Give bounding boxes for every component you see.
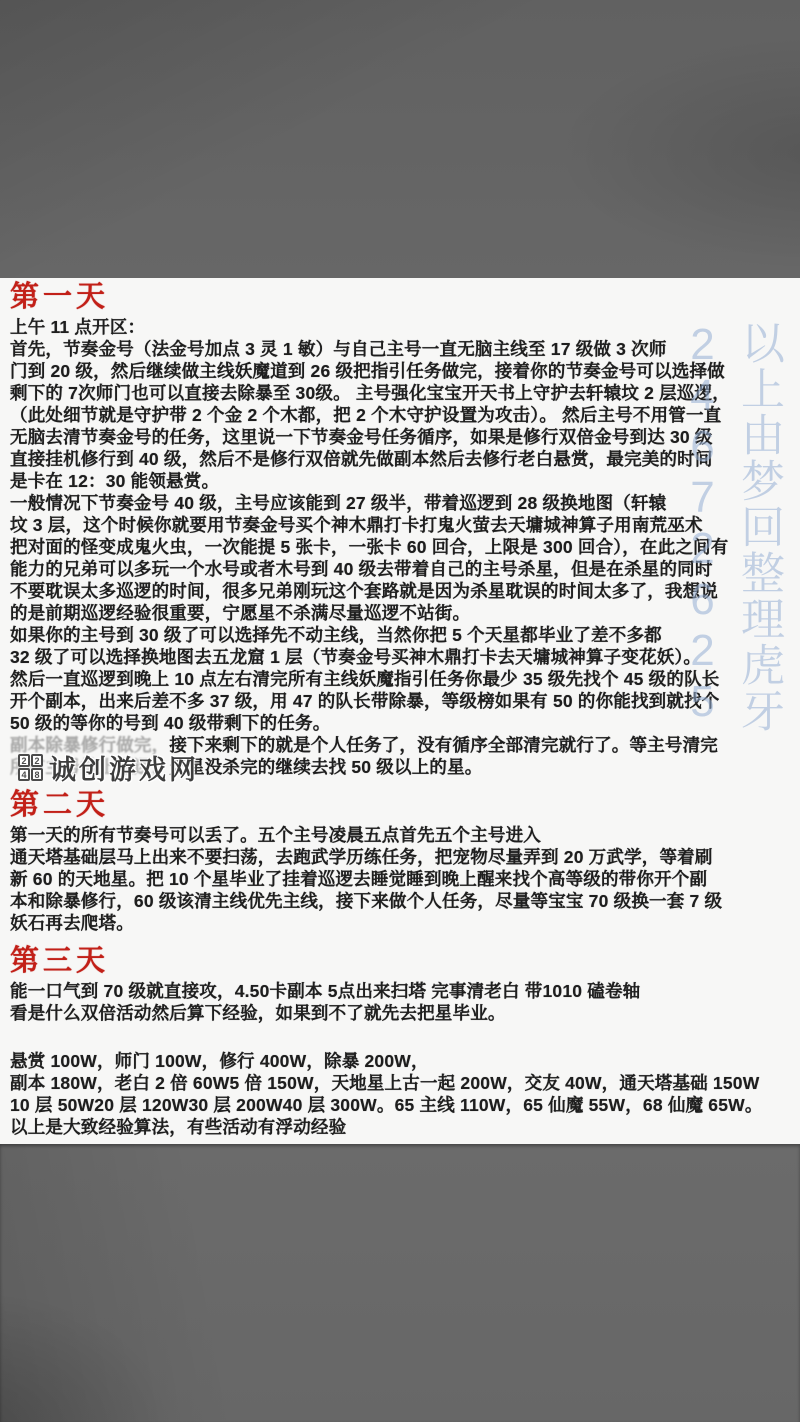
text-line: 看是什么双倍活动然后算下经验，如果到不了就先去把星毕业。 — [10, 1002, 790, 1024]
text-line: 通天塔基础层马上出来不要扫荡，去跑武学历练任务，把宠物尽量弄到 20 万武学，等… — [10, 846, 790, 868]
text-line: 上午 11 点开区： — [10, 316, 790, 338]
text-line: 无脑去清节奏金号的任务，这里说一下节奏金号任务循序，如果是修行双倍金号到达 30… — [10, 426, 790, 448]
section-day3: 第三天 能一口气到 70 级就直接攻，4.50卡副本 5点出来扫塔 完事清老白 … — [10, 944, 790, 1024]
text-line: 直接挂机修行到 40 级，然后不是修行双倍就先做副本然后去修行老白悬赏，最完美的… — [10, 448, 790, 470]
exp-summary-paragraph: 悬赏 100W，师门 100W，修行 400W，除暴 200W，副本 180W，… — [10, 1050, 790, 1138]
text-line: 副本除暴修行做完，接下来剩下的就是个人任务了，没有循序全部清完就行了。等主号清完 — [10, 734, 790, 756]
text-line: 如果你的主号到 30 级了可以选择先不动主线，当然你把 5 个天星都毕业了差不多… — [10, 624, 790, 646]
guide-document: 第一天 上午 11 点开区：首先，节奏金号（法金号加点 3 灵 1 敏）与自己主… — [0, 278, 800, 1144]
text-line: 所有主号挂上巡逻，天星没杀完的继续去找 50 级以上的星。 — [10, 756, 790, 778]
text-line: 坟 3 层，这个时候你就要用节奏金号买个神木鼎打卡打鬼火萤去天墉城神算子用南荒巫… — [10, 514, 790, 536]
text-line: 不要耽误太多巡逻的时间，很多兄弟刚玩这个套路就是因为杀星耽误的时间太多了，我想说 — [10, 580, 790, 602]
day3-heading: 第三天 — [10, 944, 790, 978]
text-line: 新 60 的天地星。把 10 个星毕业了挂着巡逻去睡觉睡到晚上醒来找个高等级的带… — [10, 868, 790, 890]
day3-paragraph: 能一口气到 70 级就直接攻，4.50卡副本 5点出来扫塔 完事清老白 带101… — [10, 980, 790, 1024]
section-day2: 第二天 第一天的所有节奏号可以丢了。五个主号凌晨五点首先五个主号进入通天塔基础层… — [10, 788, 790, 934]
text-line: 是卡在 12：30 能领悬赏。 — [10, 470, 790, 492]
text-line: 首先，节奏金号（法金号加点 3 灵 1 敏）与自己主号一直无脑主线至 17 级做… — [10, 338, 790, 360]
text-line: 一般情况下节奏金号 40 级，主号应该能到 27 级半，带着巡逻到 28 级换地… — [10, 492, 790, 514]
text-line: 以上是大致经验算法，有些活动有浮动经验 — [10, 1116, 790, 1138]
bottom-gray-area — [0, 1144, 800, 1422]
text-line: 剩下的 7次师门也可以直接去除暴至 30级。 主号强化宝宝开天书上守护去轩辕坟 … — [10, 382, 790, 404]
text-line: 10 层 50W20 层 120W30 层 200W40 层 300W。65 主… — [10, 1094, 790, 1116]
day1-heading: 第一天 — [10, 280, 790, 314]
text-line: 能一口气到 70 级就直接攻，4.50卡副本 5点出来扫塔 完事清老白 带101… — [10, 980, 790, 1002]
text-line: 然后一直巡逻到晚上 10 点左右清完所有主线妖魔指引任务你最少 35 级先找个 … — [10, 668, 790, 690]
text-line: 32 级了可以选择换地图去五龙窟 1 层（节奏金号买神木鼎打卡去天墉城神算子变花… — [10, 646, 790, 668]
day1-paragraph: 上午 11 点开区：首先，节奏金号（法金号加点 3 灵 1 敏）与自己主号一直无… — [10, 316, 790, 778]
text-line: （此处细节就是守护带 2 个金 2 个木都，把 2 个木守护设置为攻击）。 然后… — [10, 404, 790, 426]
text-line: 悬赏 100W，师门 100W，修行 400W，除暴 200W， — [10, 1050, 790, 1072]
text-line: 50 级的等你的号到 40 级带剩下的任务。 — [10, 712, 790, 734]
day2-paragraph: 第一天的所有节奏号可以丢了。五个主号凌晨五点首先五个主号进入通天塔基础层马上出来… — [10, 824, 790, 934]
screenshot-root: 第一天 上午 11 点开区：首先，节奏金号（法金号加点 3 灵 1 敏）与自己主… — [0, 0, 800, 1422]
text-line: 第一天的所有节奏号可以丢了。五个主号凌晨五点首先五个主号进入 — [10, 824, 790, 846]
text-line: 妖石再去爬塔。 — [10, 912, 790, 934]
text-line: 副本 180W，老白 2 倍 60W5 倍 150W，天地星上古一起 200W，… — [10, 1072, 790, 1094]
section-day1: 第一天 上午 11 点开区：首先，节奏金号（法金号加点 3 灵 1 敏）与自己主… — [10, 280, 790, 778]
text-line: 的是前期巡逻经验很重要，宁愿星不杀满尽量巡逻不站街。 — [10, 602, 790, 624]
day2-heading: 第二天 — [10, 788, 790, 822]
text-line: 门到 20 级，然后继续做主线妖魔道到 26 级把指引任务做完，接着你的节奏金号… — [10, 360, 790, 382]
text-line: 能力的兄弟可以多玩一个水号或者木号到 40 级去带着自己的主号杀星，但是在杀星的… — [10, 558, 790, 580]
top-gray-area — [0, 0, 800, 278]
text-line: 开个副本，出来后差不多 37 级，用 47 的队长带除暴，等级榜如果有 50 的… — [10, 690, 790, 712]
text-line: 把对面的怪变成鬼火虫，一次能提 5 张卡，一张卡 60 回合，上限是 300 回… — [10, 536, 790, 558]
text-line: 本和除暴修行，60 级该清主线优先主线，接下来做个人任务，尽量等宝宝 70 级换… — [10, 890, 790, 912]
